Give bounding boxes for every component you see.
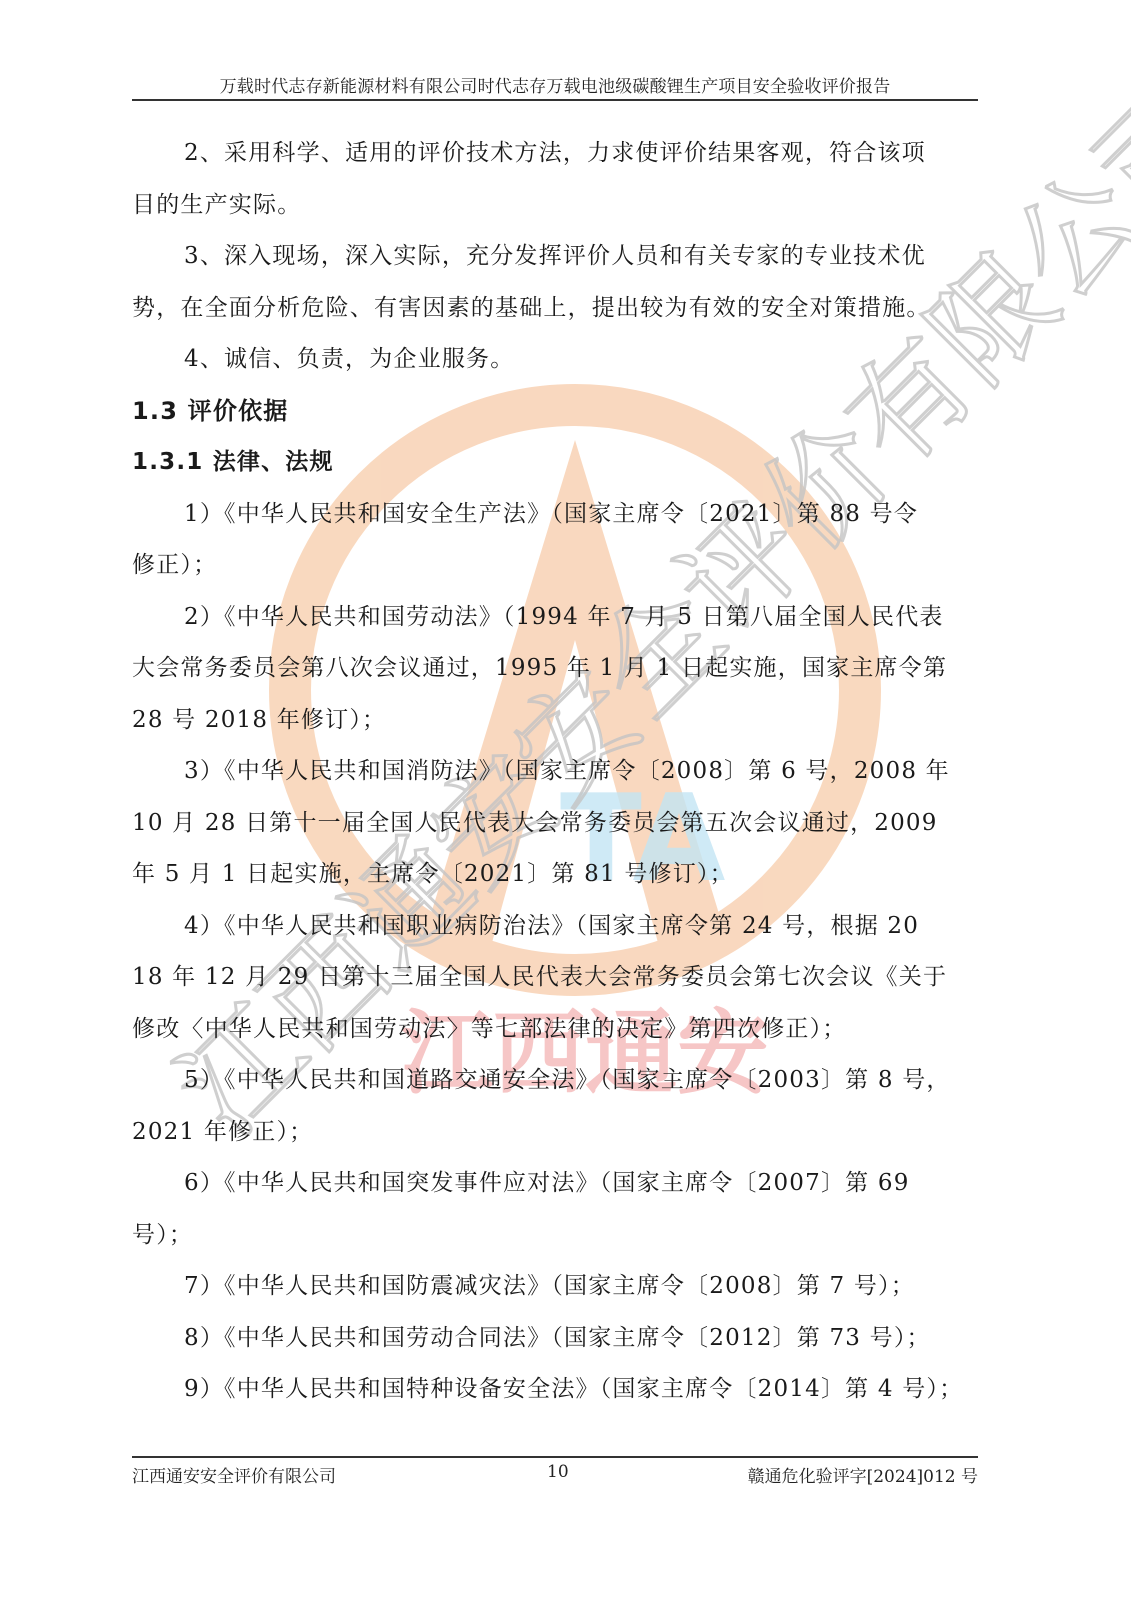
footer-company: 江西通安安全评价有限公司 xyxy=(132,1462,336,1487)
page-number: 10 xyxy=(547,1462,569,1482)
law-6-line-1: 6）《中华人民共和国突发事件应对法》（国家主席令〔2007〕第 69 xyxy=(132,1158,978,1210)
document-number: 赣通危化验评字[2024]012 号 xyxy=(748,1462,978,1487)
law-1-line-1: 1）《中华人民共和国安全生产法》（国家主席令〔2021〕第 88 号令 xyxy=(132,489,978,541)
page-footer: 江西通安安全评价有限公司 10 赣通危化验评字[2024]012 号 xyxy=(132,1462,978,1486)
page-header: 万载时代志存新能源材料有限公司时代志存万载电池级碳酸锂生产项目安全验收评价报告 xyxy=(132,72,978,97)
law-3-line-1: 3）《中华人民共和国消防法》（国家主席令〔2008〕第 6 号，2008 年 xyxy=(132,746,978,798)
law-7-line-1: 7）《中华人民共和国防震减灾法》（国家主席令〔2008〕第 7 号）； xyxy=(132,1261,978,1313)
principle-4-line-1: 4、诚信、负责，为企业服务。 xyxy=(132,334,978,386)
law-2-line-2: 大会常务委员会第八次会议通过，1995 年 1 月 1 日起实施，国家主席令第 xyxy=(132,643,978,695)
principle-3-line-1: 3、深入现场，深入实际，充分发挥评价人员和有关专家的专业技术优 xyxy=(132,231,978,283)
law-4-line-3: 修改〈中华人民共和国劳动法〉等七部法律的决定》第四次修正）； xyxy=(132,1004,978,1056)
subsection-heading: 1.3.1 法律、法规 xyxy=(132,437,978,489)
law-9-line-1: 9）《中华人民共和国特种设备安全法》（国家主席令〔2014〕第 4 号）； xyxy=(132,1364,978,1416)
law-2-line-3: 28 号 2018 年修订）； xyxy=(132,695,978,747)
law-4-line-2: 18 年 12 月 29 日第十三届全国人民代表大会常务委员会第七次会议《关于 xyxy=(132,952,978,1004)
section-heading: 1.3 评价依据 xyxy=(132,386,978,438)
principle-2-line-2: 目的生产实际。 xyxy=(132,180,978,232)
law-2-line-1: 2）《中华人民共和国劳动法》（1994 年 7 月 5 日第八届全国人民代表 xyxy=(132,592,978,644)
law-6-line-2: 号）； xyxy=(132,1210,978,1262)
law-3-line-2: 10 月 28 日第十一届全国人民代表大会常务委员会第五次会议通过，2009 xyxy=(132,798,978,850)
document-body: 2、采用科学、适用的评价技术方法，力求使评价结果客观，符合该项 目的生产实际。 … xyxy=(132,128,978,1416)
law-1-line-2: 修正）； xyxy=(132,540,978,592)
law-4-line-1: 4）《中华人民共和国职业病防治法》（国家主席令第 24 号，根据 20 xyxy=(132,901,978,953)
principle-2-line-1: 2、采用科学、适用的评价技术方法，力求使评价结果客观，符合该项 xyxy=(132,128,978,180)
footer-divider xyxy=(132,1456,978,1458)
law-5-line-2: 2021 年修正）； xyxy=(132,1107,978,1159)
law-5-line-1: 5）《中华人民共和国道路交通安全法》（国家主席令〔2003〕第 8 号， xyxy=(132,1055,978,1107)
law-3-line-3: 年 5 月 1 日起实施，主席令〔2021〕第 81 号修订）； xyxy=(132,849,978,901)
header-divider xyxy=(132,99,978,101)
principle-3-line-2: 势，在全面分析危险、有害因素的基础上，提出较为有效的安全对策措施。 xyxy=(132,283,978,335)
law-8-line-1: 8）《中华人民共和国劳动合同法》（国家主席令〔2012〕第 73 号）； xyxy=(132,1313,978,1365)
